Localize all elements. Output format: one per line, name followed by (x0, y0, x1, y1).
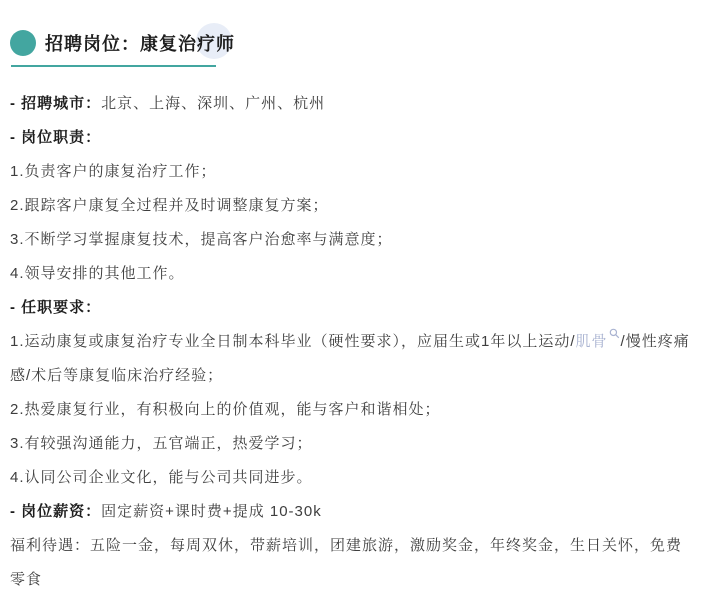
cities-value: 北京、上海、深圳、广州、杭州 (101, 95, 325, 112)
section-bullet-dot-icon (10, 30, 36, 56)
title-underline (11, 65, 216, 67)
musculoskeletal-term-link[interactable]: 肌骨 (576, 333, 621, 350)
job-posting-document: 招聘岗位：康复治疗师 - 招聘城市：北京、上海、深圳、广州、杭州 - 岗位职责：… (0, 0, 709, 606)
cities-label: - 招聘城市： (10, 95, 101, 112)
benefits-line: 福利待遇：五险一金，每周双休，带薪培训，团建旅游，激励奖金，年终奖金，生日关怀，… (10, 529, 690, 597)
cities-line: - 招聘城市：北京、上海、深圳、广州、杭州 (10, 87, 690, 121)
search-icon (609, 328, 620, 339)
duty-item-1: 1.负责客户的康复治疗工作； (10, 155, 690, 189)
requirements-heading: - 任职要求： (10, 291, 690, 325)
musculoskeletal-term-text: 肌骨 (576, 333, 608, 350)
requirement-1-pre-text: 1.运动康复或康复治疗专业全日制本科毕业（硬性要求），应届生或1年以上运动/ (10, 333, 576, 350)
requirements-heading-label: - 任职要求： (10, 299, 101, 316)
duties-heading-label: - 岗位职责： (10, 129, 101, 146)
job-posting-body: - 招聘城市：北京、上海、深圳、广州、杭州 - 岗位职责： 1.负责客户的康复治… (10, 87, 690, 597)
requirement-item-4: 4.认同公司企业文化，能与公司共同进步。 (10, 461, 690, 495)
requirement-item-2: 2.热爱康复行业，有积极向上的价值观，能与客户和谐相处； (10, 393, 690, 427)
section-header: 招聘岗位：康复治疗师 (10, 28, 690, 58)
duty-item-3: 3.不断学习掌握康复技术，提高客户治愈率与满意度； (10, 223, 690, 257)
requirement-item-3: 3.有较强沟通能力，五官端正，热爱学习； (10, 427, 690, 461)
salary-value: 固定薪资+课时费+提成 10-30k (101, 503, 322, 520)
salary-label: - 岗位薪资： (10, 503, 101, 520)
requirement-item-1: 1.运动康复或康复治疗专业全日制本科毕业（硬性要求），应届生或1年以上运动/肌骨… (10, 325, 690, 393)
duty-item-2: 2.跟踪客户康复全过程并及时调整康复方案； (10, 189, 690, 223)
page-title: 招聘岗位：康复治疗师 (45, 30, 235, 56)
duty-item-4: 4.领导安排的其他工作。 (10, 257, 690, 291)
salary-line: - 岗位薪资：固定薪资+课时费+提成 10-30k (10, 495, 690, 529)
duties-heading: - 岗位职责： (10, 121, 690, 155)
